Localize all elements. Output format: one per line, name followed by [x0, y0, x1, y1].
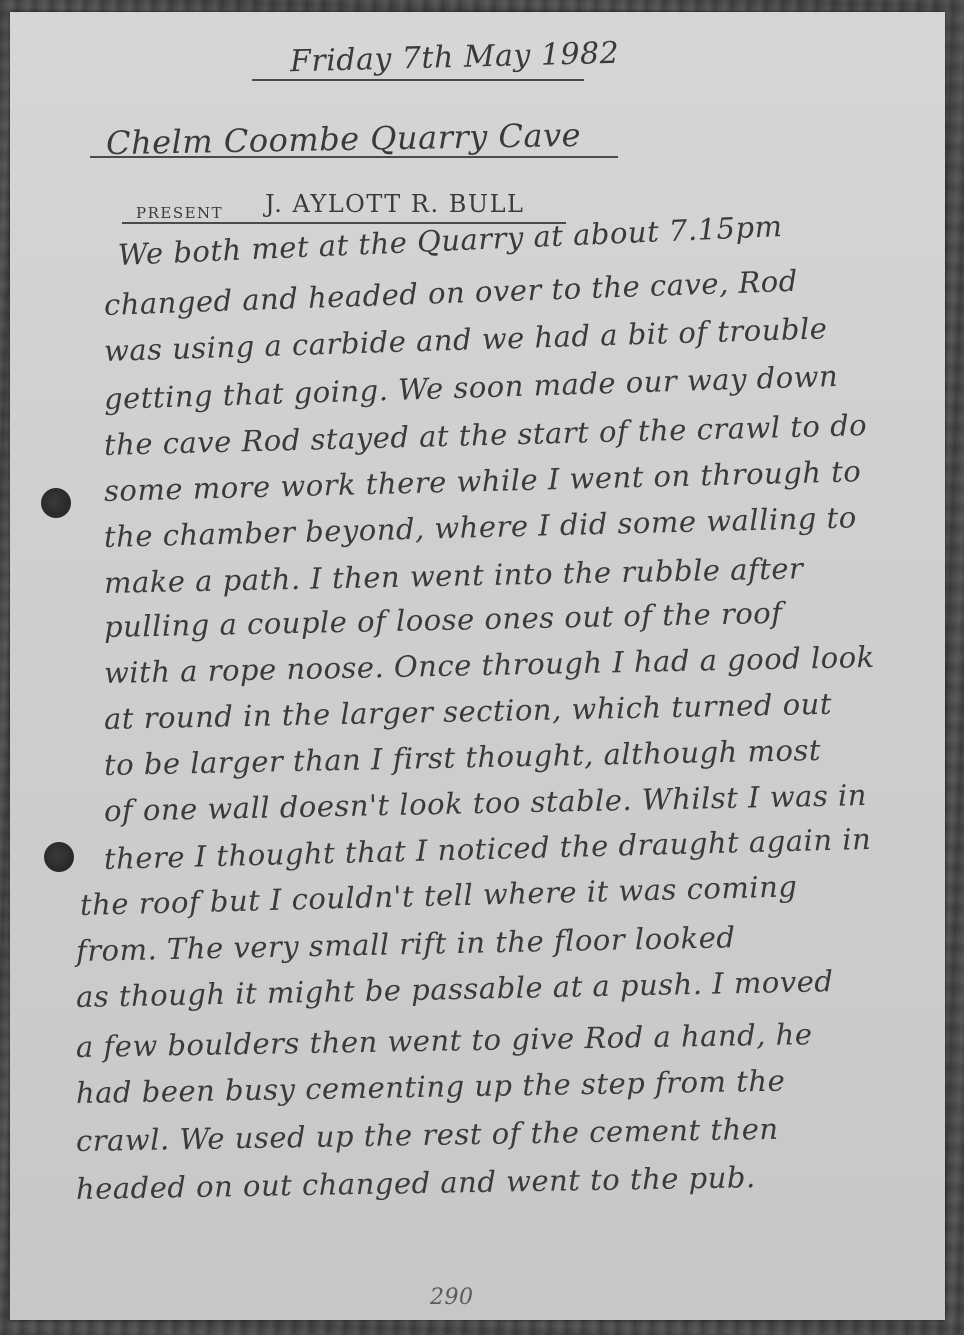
log-entry-line: from. The very small rift in the floor l…: [76, 920, 736, 968]
date-underline: [252, 79, 584, 81]
log-entry-line: a few boulders then went to give Rod a h…: [76, 1017, 813, 1064]
log-entry-line: the cave Rod stayed at the start of the …: [104, 408, 868, 462]
log-entry-line: getting that going. We soon made our way…: [103, 359, 838, 416]
log-entry-line: changed and headed on over to the cave, …: [103, 264, 798, 322]
punch-hole-bottom: [44, 842, 74, 872]
log-entry-line: at round in the larger section, which tu…: [104, 687, 833, 736]
log-entry-line: there I thought that I noticed the draug…: [104, 822, 872, 876]
log-entry-line: of one wall doesn't look too stable. Whi…: [104, 778, 868, 828]
present-label: PRESENT: [136, 204, 223, 222]
log-entry-line: as though it might be passable at a push…: [76, 964, 834, 1014]
notebook-page: Friday 7th May 1982 Chelm Coombe Quarry …: [10, 12, 945, 1320]
punch-hole-top: [41, 488, 71, 518]
log-entry-line: make a path. I then went into the rubble…: [104, 551, 804, 600]
log-entry-line: some more work there while I went on thr…: [104, 454, 862, 508]
log-entry-line: the roof but I couldn't tell where it wa…: [80, 869, 798, 922]
log-entry-line: pulling a couple of loose ones out of th…: [104, 596, 783, 644]
log-entry-line: headed on out changed and went to the pu…: [76, 1160, 756, 1206]
location-underline: [90, 156, 618, 158]
log-entry-line: to be larger than I first thought, altho…: [104, 733, 822, 782]
log-entry-line: crawl. We used up the rest of the cement…: [76, 1112, 779, 1158]
log-entry-line: the chamber beyond, where I did some wal…: [104, 500, 858, 554]
log-entry-line: with a rope noose. Once through I had a …: [104, 640, 875, 690]
present-names: J. AYLOTT R. BULL: [265, 190, 525, 218]
entry-date: Friday 7th May 1982: [290, 36, 620, 80]
log-entry-line: had been busy cementing up the step from…: [76, 1064, 786, 1110]
log-entry-line: was using a carbide and we had a bit of …: [103, 311, 827, 368]
page-number: 290: [430, 1285, 474, 1310]
